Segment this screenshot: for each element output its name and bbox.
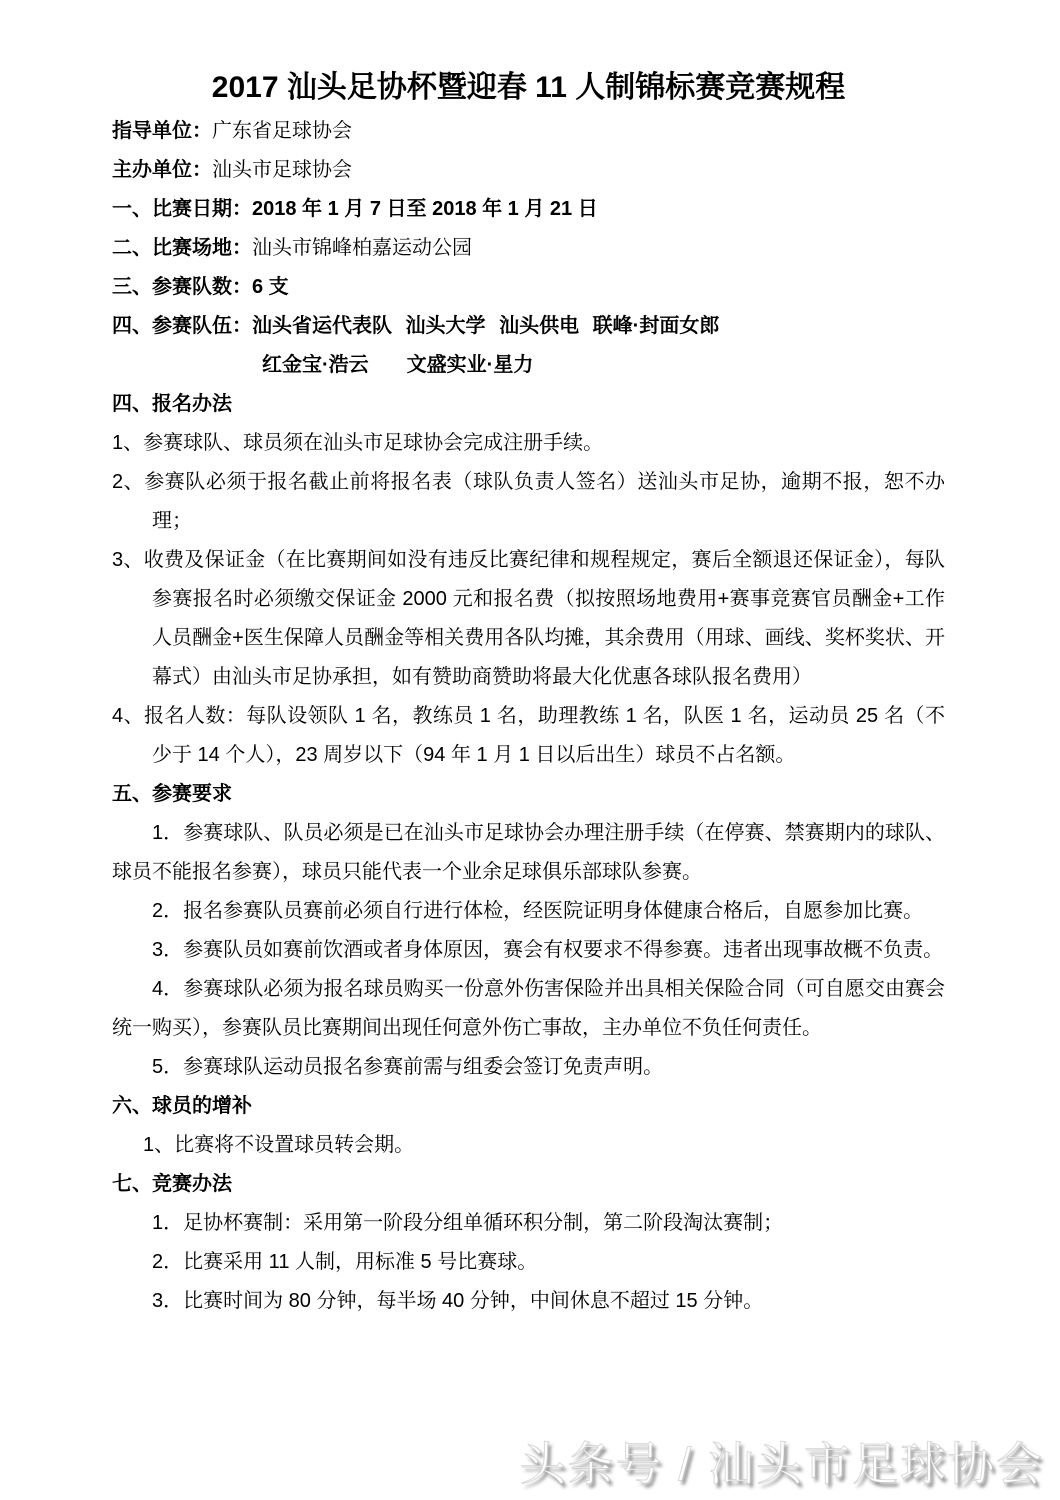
requirements-item-5: 5．参赛球队运动员报名参赛前需与组委会签订免责声明。 xyxy=(112,1048,945,1087)
team-count-label: 三、参赛队数： xyxy=(112,276,252,298)
team-count-value: 6 支 xyxy=(252,276,289,298)
document-title: 2017 汕头足协杯暨迎春 11 人制锦标赛竞赛规程 xyxy=(112,64,945,112)
requirements-item-4: 4．参赛球队必须为报名球员购买一份意外伤害保险并出具相关保险合同（可自愿交由赛会… xyxy=(112,970,945,1048)
requirements-item-1: 1．参赛球队、队员必须是已在汕头市足球协会办理注册手续（在停赛、禁赛期内的球队、… xyxy=(112,814,945,892)
meta-line-guidance: 指导单位：广东省足球协会 xyxy=(112,112,945,151)
meta-line-organizer: 主办单位：汕头市足球协会 xyxy=(112,151,945,190)
match-date-value: 2018 年 1 月 7 日至 2018 年 1 月 21 日 xyxy=(252,198,598,220)
venue-value: 汕头市锦峰柏嘉运动公园 xyxy=(252,237,472,259)
requirements-item-2: 2．报名参赛队员赛前必须自行进行体检，经医院证明身体健康合格后，自愿参加比赛。 xyxy=(112,892,945,931)
guidance-value: 广东省足球协会 xyxy=(212,120,352,142)
document-page: 2017 汕头足协杯暨迎春 11 人制锦标赛竞赛规程 指导单位：广东省足球协会 … xyxy=(0,0,1060,1500)
teams-row2-team2: 文盛实业·星力 xyxy=(407,354,534,376)
venue-label: 二、比赛场地： xyxy=(112,237,252,259)
document-content: 2017 汕头足协杯暨迎春 11 人制锦标赛竞赛规程 指导单位：广东省足球协会 … xyxy=(112,64,945,1321)
requirements-item-3: 3．参赛队员如赛前饮酒或者身体原因，赛会有权要求不得参赛。违者出现事故概不负责。 xyxy=(112,931,945,970)
item-venue: 二、比赛场地：汕头市锦峰柏嘉运动公园 xyxy=(112,229,945,268)
organizer-label: 主办单位： xyxy=(112,159,212,181)
registration-item-3: 3、收费及保证金（在比赛期间如没有违反比赛纪律和规程规定，赛后全额退还保证金），… xyxy=(112,541,945,697)
match-date-label: 一、比赛日期： xyxy=(112,198,252,220)
section-heading-competition-method: 七、竞赛办法 xyxy=(112,1165,945,1204)
item-team-count: 三、参赛队数：6 支 xyxy=(112,268,945,307)
item-teams-row1: 四、参赛队伍：汕头省运代表队 汕头大学 汕头供电 联峰·封面女郎 xyxy=(112,307,945,346)
registration-item-1: 1、参赛球队、球员须在汕头市足球协会完成注册手续。 xyxy=(112,424,945,463)
competition-method-item-3: 3．比赛时间为 80 分钟，每半场 40 分钟，中间休息不超过 15 分钟。 xyxy=(112,1282,945,1321)
competition-method-item-1: 1．足协杯赛制：采用第一阶段分组单循环积分制，第二阶段淘汰赛制； xyxy=(112,1204,945,1243)
registration-item-2: 2、参赛队必须于报名截止前将报名表（球队负责人签名）送汕头市足协，逾期不报，恕不… xyxy=(112,463,945,541)
teams-label: 四、参赛队伍： xyxy=(112,315,252,337)
item-teams-row2: 红金宝·浩云文盛实业·星力 xyxy=(112,346,945,385)
watermark: 头条号 / 汕头市足球协会 xyxy=(520,1436,1044,1492)
registration-item-4: 4、报名人数：每队设领队 1 名，教练员 1 名，助理教练 1 名，队医 1 名… xyxy=(112,697,945,775)
teams-row1-names: 汕头省运代表队 汕头大学 汕头供电 联峰·封面女郎 xyxy=(252,315,719,337)
teams-row2-team1: 红金宝·浩云 xyxy=(262,354,369,376)
section-heading-registration: 四、报名办法 xyxy=(112,385,945,424)
guidance-label: 指导单位： xyxy=(112,120,212,142)
section-heading-player-supplement: 六、球员的增补 xyxy=(112,1087,945,1126)
competition-method-item-2: 2．比赛采用 11 人制，用标准 5 号比赛球。 xyxy=(112,1243,945,1282)
section-heading-requirements: 五、参赛要求 xyxy=(112,775,945,814)
item-match-date: 一、比赛日期：2018 年 1 月 7 日至 2018 年 1 月 21 日 xyxy=(112,190,945,229)
organizer-value: 汕头市足球协会 xyxy=(212,159,352,181)
player-supplement-item-1: 1、比赛将不设置球员转会期。 xyxy=(112,1126,945,1165)
